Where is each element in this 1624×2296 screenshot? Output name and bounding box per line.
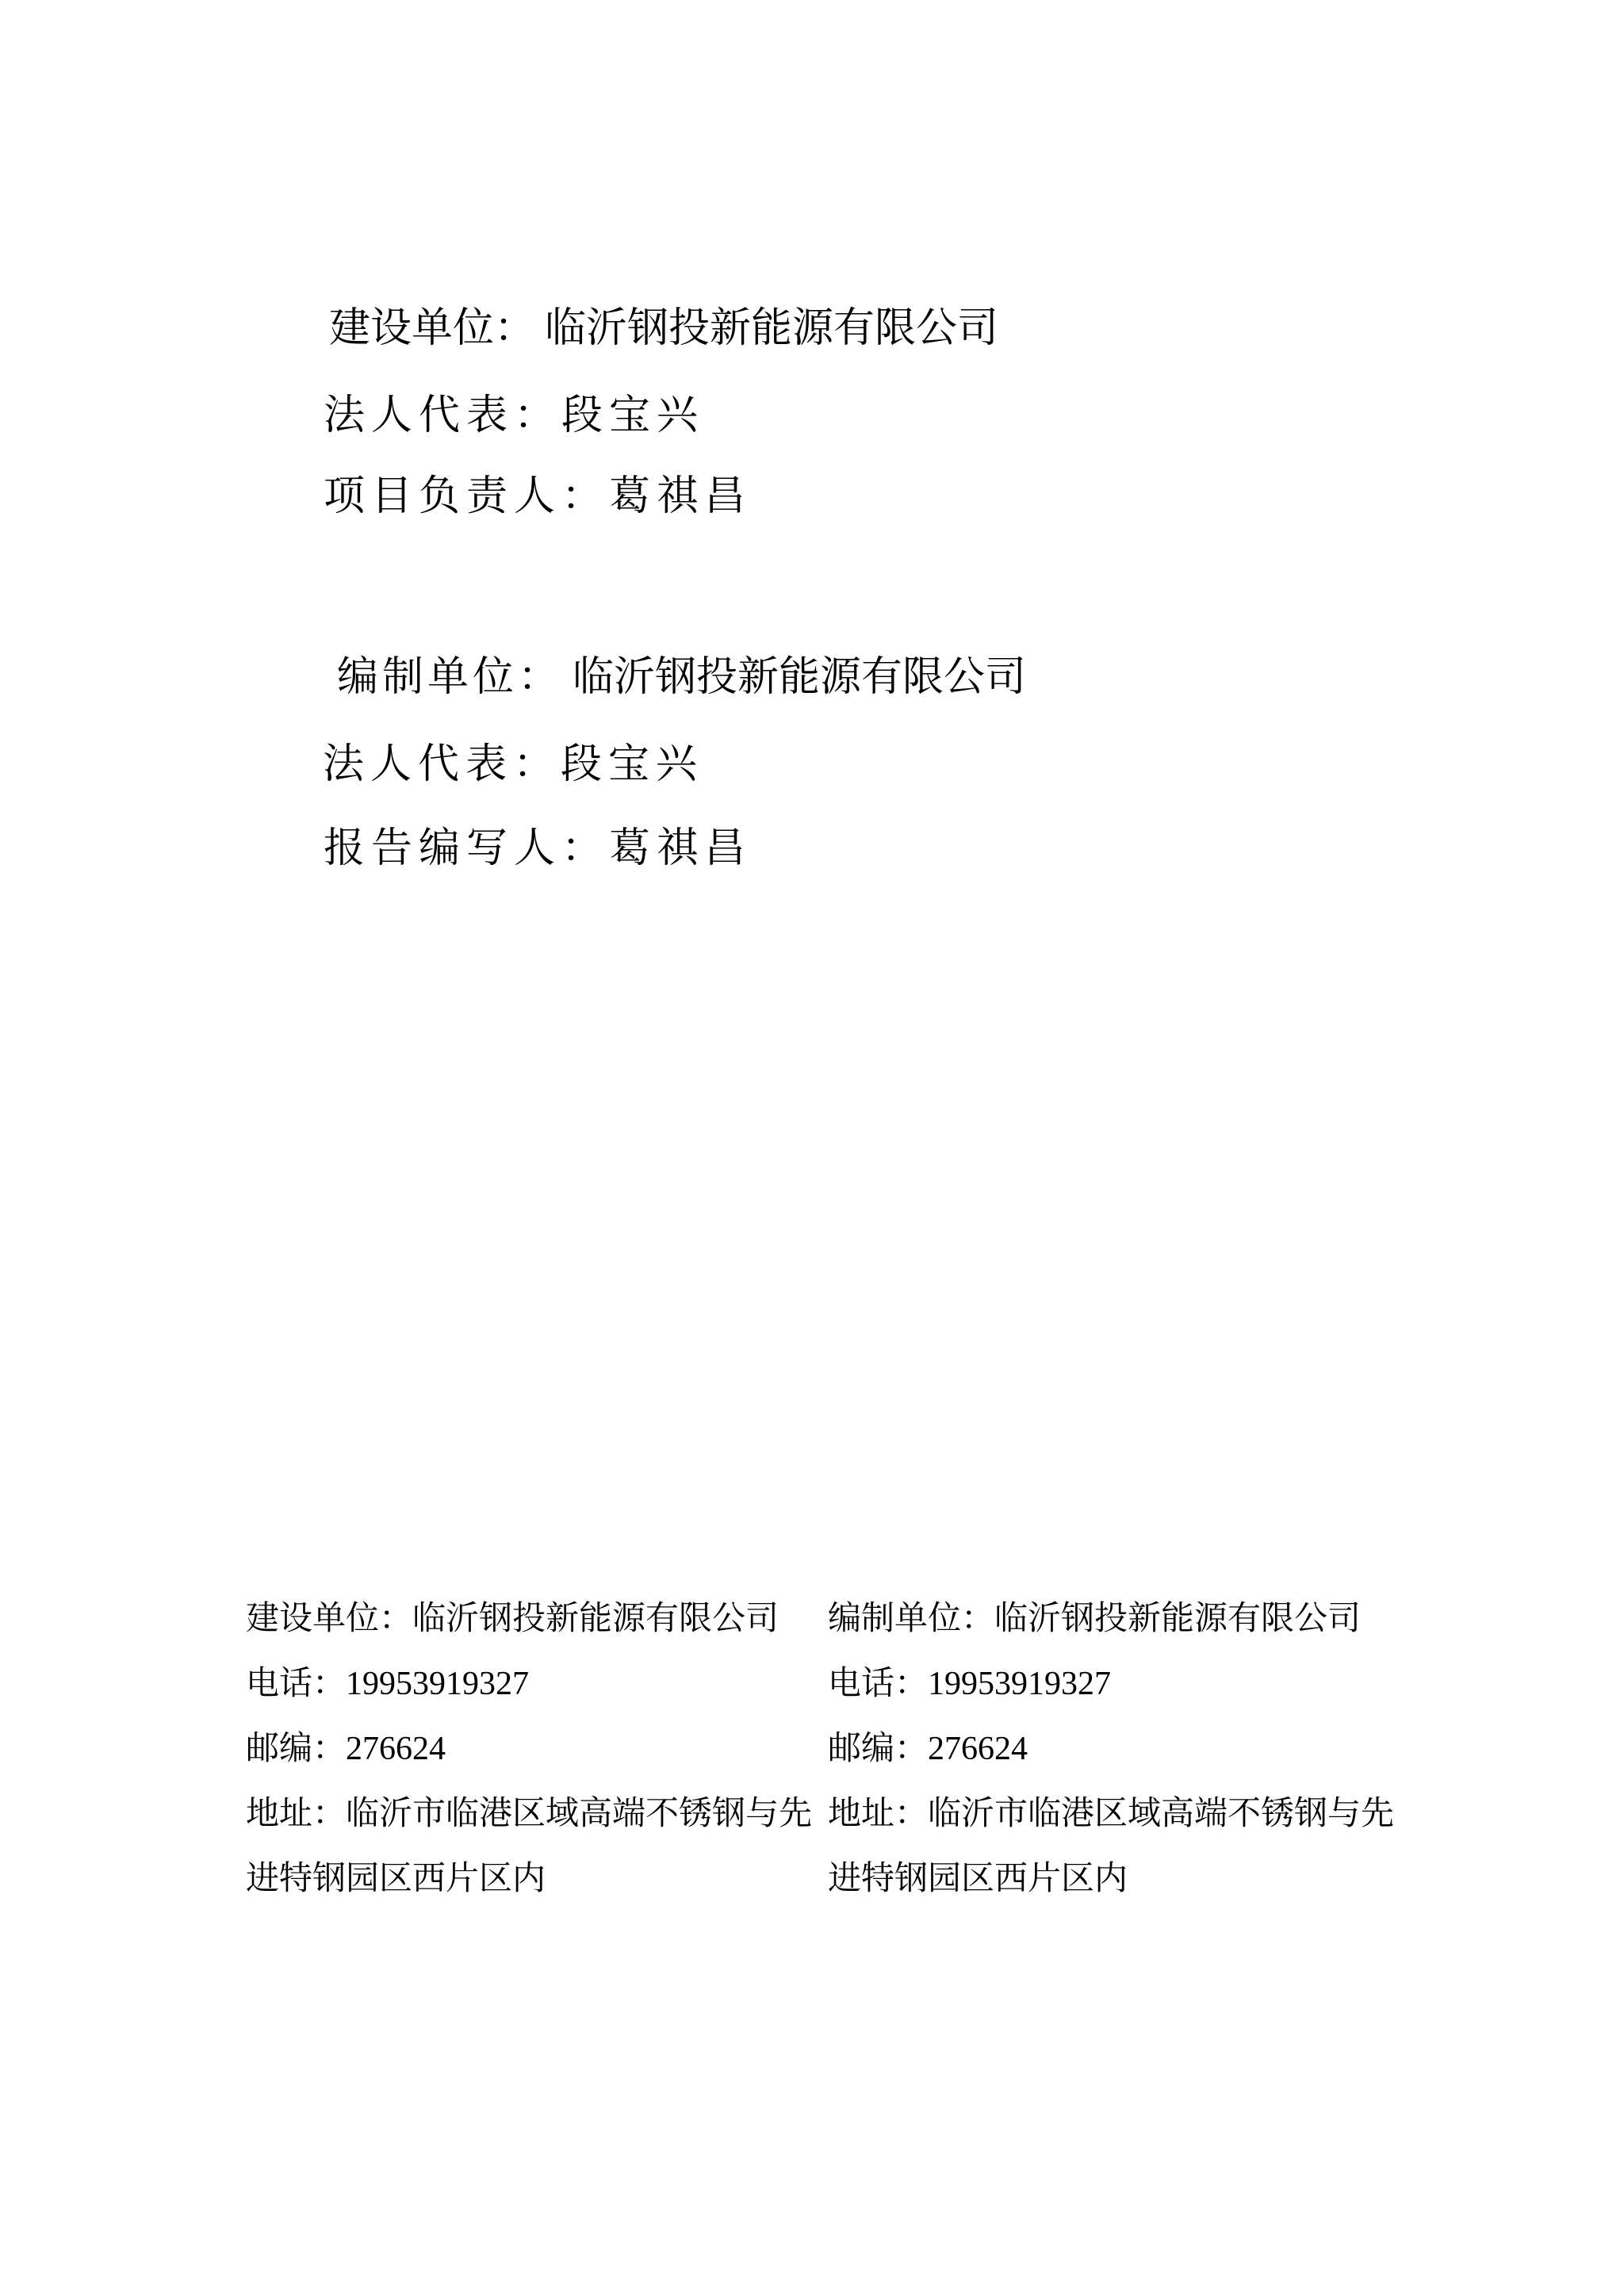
footer-right-postcode-value: 276624 (928, 1731, 1028, 1767)
legal-representative-value: 段宝兴 (561, 393, 704, 438)
footer-left-address-line2: 进特钢园区西片区内 (246, 1861, 546, 1897)
footer-right-unit-row: 编制单位：临沂钢投新能源有限公司 (828, 1586, 1415, 1651)
footer-left-address-row: 地址：临沂市临港区域高端不锈钢与先 (246, 1781, 833, 1846)
footer-left-postcode-row: 邮编：276624 (246, 1716, 833, 1781)
legal-representative-label-2: 法人代表： (323, 742, 561, 787)
legal-representative-line-compilation: 法人代表：段宝兴 (323, 742, 703, 787)
footer-right-column: 编制单位：临沂钢投新能源有限公司 电话：19953919327 邮编：27662… (828, 1586, 1415, 1911)
project-manager-line: 项目负责人：葛祺昌 (324, 474, 752, 519)
legal-representative-line-construction: 法人代表：段宝兴 (324, 393, 704, 438)
footer-right-address-row: 地址：临沂市临港区域高端不锈钢与先 (828, 1781, 1415, 1846)
legal-representative-label: 法人代表： (324, 393, 561, 438)
legal-representative-value-2: 段宝兴 (561, 742, 703, 787)
compilation-unit-label: 编制单位： (337, 655, 563, 700)
document-page: 建设单位：临沂钢投新能源有限公司 法人代表：段宝兴 项目负责人：葛祺昌 编制单位… (0, 0, 1624, 2296)
footer-right-address-label: 地址： (828, 1796, 928, 1832)
construction-unit-line: 建设单位：临沂钢投新能源有限公司 (329, 306, 998, 351)
footer-left-unit-label: 建设单位： (246, 1601, 412, 1637)
footer-right-phone-label: 电话： (828, 1666, 928, 1702)
footer-left-address-label: 地址： (246, 1796, 346, 1832)
footer-left-phone-value: 19953919327 (346, 1666, 529, 1702)
compilation-unit-value: 临沂钢投新能源有限公司 (573, 655, 1026, 700)
construction-unit-value: 临沂钢投新能源有限公司 (545, 306, 998, 351)
footer-right-phone-value: 19953919327 (928, 1666, 1111, 1702)
footer-left-phone-row: 电话：19953919327 (246, 1651, 833, 1716)
footer-right-unit-label: 编制单位： (828, 1601, 994, 1637)
report-writer-label: 报告编写人： (324, 826, 609, 871)
footer-right-postcode-label: 邮编： (828, 1731, 928, 1767)
footer-right-phone-row: 电话：19953919327 (828, 1651, 1415, 1716)
footer-left-address-line1: 临沂市临港区域高端不锈钢与先 (346, 1796, 812, 1832)
footer-left-column: 建设单位：临沂钢投新能源有限公司 电话：19953919327 邮编：27662… (246, 1586, 833, 1911)
report-writer-value: 葛祺昌 (609, 826, 752, 871)
footer-right-address-line1: 临沂市临港区域高端不锈钢与先 (928, 1796, 1394, 1832)
footer-right-postcode-row: 邮编：276624 (828, 1716, 1415, 1781)
project-manager-label: 项目负责人： (324, 474, 609, 519)
footer-right-address-wrap-row: 进特钢园区西片区内 (828, 1846, 1415, 1911)
footer-left-unit-value: 临沂钢投新能源有限公司 (412, 1601, 779, 1637)
footer-left-address-wrap-row: 进特钢园区西片区内 (246, 1846, 833, 1911)
footer-left-unit-row: 建设单位：临沂钢投新能源有限公司 (246, 1586, 833, 1651)
construction-unit-label: 建设单位： (329, 306, 535, 351)
footer-left-postcode-label: 邮编： (246, 1731, 346, 1767)
project-manager-value: 葛祺昌 (609, 474, 752, 519)
footer-left-postcode-value: 276624 (346, 1731, 446, 1767)
footer-right-unit-value: 临沂钢投新能源有限公司 (994, 1601, 1361, 1637)
footer-left-phone-label: 电话： (246, 1666, 346, 1702)
compilation-unit-line: 编制单位：临沂钢投新能源有限公司 (337, 655, 1026, 700)
footer-right-address-line2: 进特钢园区西片区内 (828, 1861, 1128, 1897)
report-writer-line: 报告编写人：葛祺昌 (324, 826, 752, 871)
